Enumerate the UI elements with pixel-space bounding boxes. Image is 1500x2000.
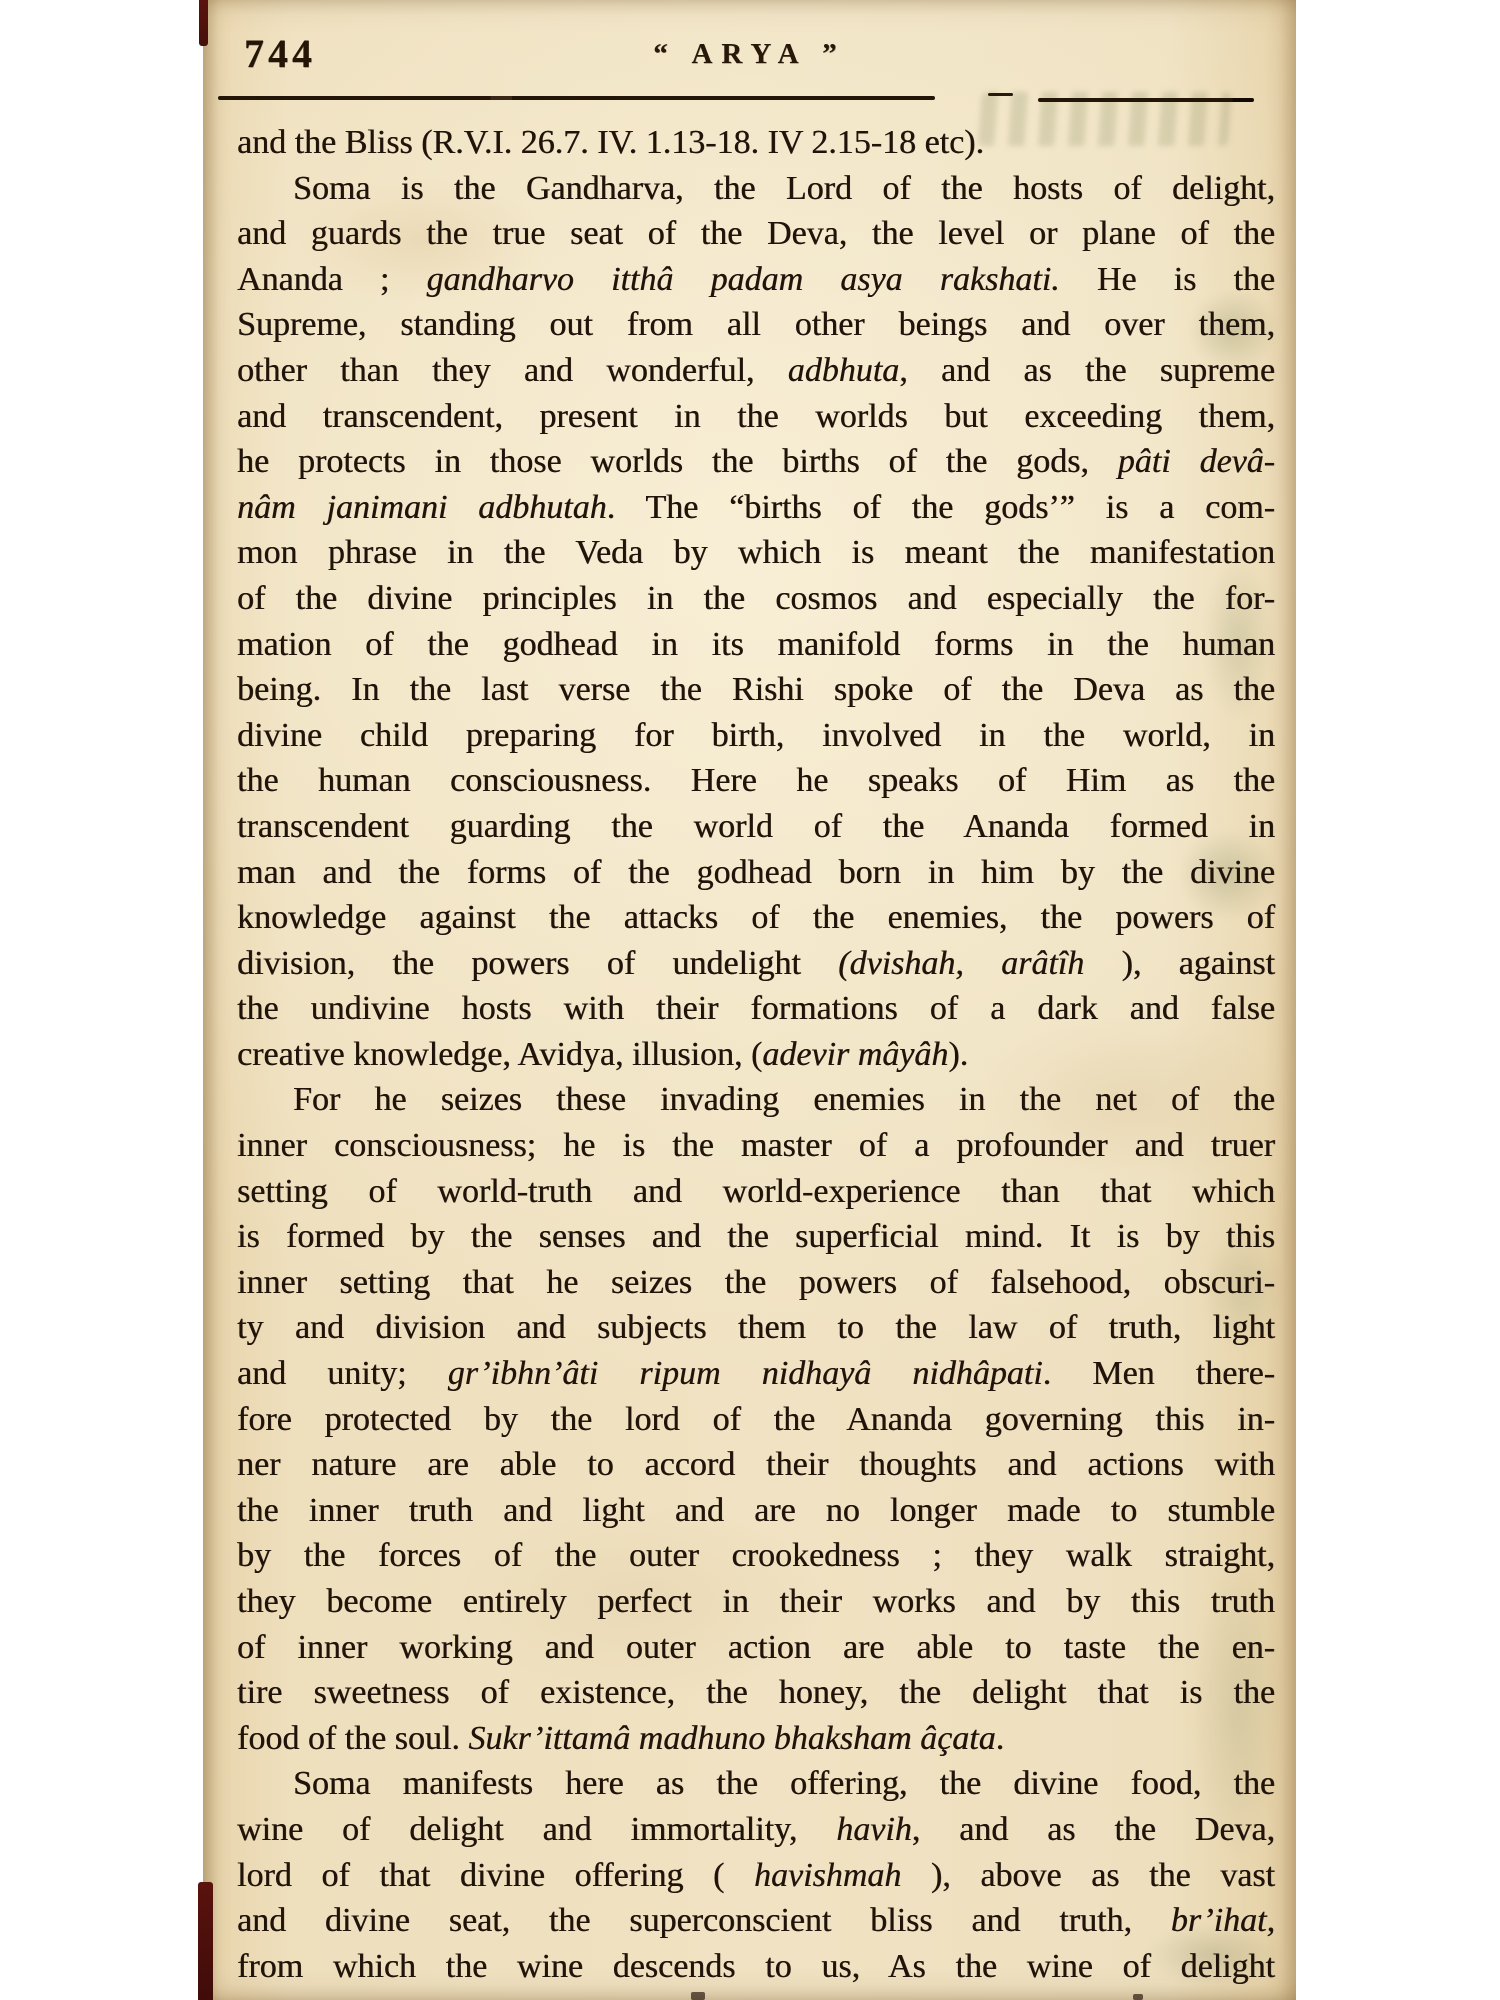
body-text-segment: he protects in those worlds the births o… bbox=[237, 443, 1118, 480]
ink-speck bbox=[691, 1992, 705, 2000]
header-rule-dash bbox=[988, 93, 1013, 96]
text-line: is formed by the senses and the superfic… bbox=[237, 1214, 1275, 1260]
text-line: setting of world-truth and world-experie… bbox=[237, 1169, 1275, 1215]
sanskrit-italic-text: adbhuta bbox=[788, 352, 899, 389]
sanskrit-italic-text: gandharvo itthâ padam asya rakshati. bbox=[427, 261, 1060, 298]
body-text-segment: the inner truth and light and are no lon… bbox=[237, 1492, 1275, 1529]
text-line: the undivine hosts with their formations… bbox=[237, 986, 1275, 1032]
body-text-segment: and divine seat, the superconscient blis… bbox=[237, 1902, 1171, 1939]
body-text-segment: by the forces of the outer crookedness ;… bbox=[237, 1537, 1275, 1574]
text-line: knowledge against the attacks of the ene… bbox=[237, 895, 1275, 941]
text-line: ty and division and subjects them to the… bbox=[237, 1305, 1275, 1351]
text-line: fore protected by the lord of the Ananda… bbox=[237, 1397, 1275, 1443]
binding-mark-bottom-icon bbox=[198, 1882, 213, 2000]
text-line: the human consciousness. Here he speaks … bbox=[237, 758, 1275, 804]
text-line: and transcendent, present in the worlds … bbox=[237, 394, 1275, 440]
text-line: from which the wine descends to us, As t… bbox=[237, 1944, 1275, 1990]
text-line: food of the soul. Sukr’ittamâ madhuno bh… bbox=[237, 1716, 1275, 1762]
body-text-segment: divine child preparing for birth, involv… bbox=[237, 717, 1275, 754]
header-rule bbox=[218, 96, 935, 100]
text-line: and the Bliss (R.V.I. 26.7. IV. 1.13-18.… bbox=[237, 120, 1275, 166]
body-text-segment: creative knowledge, Avidya, illusion, ( bbox=[237, 1036, 762, 1073]
body-text-segment: tire sweetness of existence, the honey, … bbox=[237, 1674, 1275, 1711]
body-text-segment: ), against bbox=[1084, 945, 1275, 982]
text-line: mation of the godhead in its manifold fo… bbox=[237, 622, 1275, 668]
sanskrit-italic-text: havishmah bbox=[754, 1857, 901, 1894]
text-line: Ananda ; gandharvo itthâ padam asya raks… bbox=[237, 257, 1275, 303]
text-line: mon phrase in the Veda by which is meant… bbox=[237, 530, 1275, 576]
text-line: of the divine principles in the cosmos a… bbox=[237, 576, 1275, 622]
body-text-segment: of the divine principles in the cosmos a… bbox=[237, 580, 1275, 617]
sanskrit-italic-text: (dvishah, arâtîh bbox=[838, 945, 1084, 982]
sanskrit-italic-text: br’ihat, bbox=[1171, 1902, 1275, 1939]
body-text-segment: . The “births of the gods’” is a com- bbox=[607, 489, 1275, 526]
body-text-segment: knowledge against the attacks of the ene… bbox=[237, 899, 1275, 936]
text-line: being. In the last verse the Rishi spoke… bbox=[237, 667, 1275, 713]
body-text-segment: transcendent guarding the world of the A… bbox=[237, 808, 1275, 845]
text-line: divine child preparing for birth, involv… bbox=[237, 713, 1275, 759]
text-line: inner consciousness; he is the master of… bbox=[237, 1123, 1275, 1169]
body-text-segment: being. In the last verse the Rishi spoke… bbox=[237, 671, 1275, 708]
body-text-segment: and the Bliss (R.V.I. 26.7. IV. 1.13-18.… bbox=[237, 124, 984, 161]
body-text-segment: mon phrase in the Veda by which is meant… bbox=[237, 534, 1275, 571]
body-text-segment: ner nature are able to accord their thou… bbox=[237, 1446, 1275, 1483]
text-line: man and the forms of the godhead born in… bbox=[237, 850, 1275, 896]
body-text-segment: . bbox=[996, 1720, 1005, 1757]
scan-background: 744 “ ARYA ” and the Bliss (R.V.I. 26.7.… bbox=[0, 0, 1500, 2000]
body-text-segment: ty and division and subjects them to the… bbox=[237, 1309, 1275, 1346]
text-line: transcendent guarding the world of the A… bbox=[237, 804, 1275, 850]
body-text-segment: from which the wine descends to us, As t… bbox=[237, 1948, 1275, 1985]
body-text-segment: Soma manifests here as the offering, the… bbox=[293, 1765, 1275, 1802]
text-line: other than they and wonderful, adbhuta, … bbox=[237, 348, 1275, 394]
text-line: by the forces of the outer crookedness ;… bbox=[237, 1533, 1275, 1579]
body-text-segment: fore protected by the lord of the Ananda… bbox=[237, 1401, 1275, 1438]
sanskrit-italic-text: Sukr’ittamâ madhuno bhaksham âçata bbox=[468, 1720, 995, 1757]
body-text-segment: , and as the Deva, bbox=[912, 1811, 1275, 1848]
text-line: they become entirely perfect in their wo… bbox=[237, 1579, 1275, 1625]
body-text-segment: setting of world-truth and world-experie… bbox=[237, 1173, 1275, 1210]
text-line: Soma is the Gandharva, the Lord of the h… bbox=[237, 166, 1275, 212]
text-line: the inner truth and light and are no lon… bbox=[237, 1488, 1275, 1534]
body-text-segment: . Men there- bbox=[1043, 1355, 1275, 1392]
body-text-segment: ). bbox=[948, 1036, 968, 1073]
text-line: For he seizes these invading enemies in … bbox=[237, 1077, 1275, 1123]
body-text-segment: and unity; bbox=[237, 1355, 448, 1392]
text-line: creative knowledge, Avidya, illusion, (a… bbox=[237, 1032, 1275, 1078]
text-line: of inner working and outer action are ab… bbox=[237, 1625, 1275, 1671]
text-line: and guards the true seat of the Deva, th… bbox=[237, 211, 1275, 257]
body-text: and the Bliss (R.V.I. 26.7. IV. 1.13-18.… bbox=[237, 120, 1275, 1989]
running-title: “ ARYA ” bbox=[203, 38, 1296, 71]
text-line: nâm janimani adbhutah. The “births of th… bbox=[237, 485, 1275, 531]
body-text-segment: man and the forms of the godhead born in… bbox=[237, 854, 1275, 891]
sanskrit-italic-text: havih bbox=[836, 1811, 912, 1848]
body-text-segment: ), above as the vast bbox=[901, 1857, 1275, 1894]
text-line: division, the powers of undelight (dvish… bbox=[237, 941, 1275, 987]
body-text-segment: He is the bbox=[1060, 261, 1275, 298]
text-line: lord of that divine offering ( havishmah… bbox=[237, 1853, 1275, 1899]
text-line: Soma manifests here as the offering, the… bbox=[237, 1761, 1275, 1807]
body-text-segment: Ananda ; bbox=[237, 261, 427, 298]
body-text-segment: other than they and wonderful, bbox=[237, 352, 788, 389]
header-rule-dash bbox=[1038, 98, 1254, 102]
sanskrit-italic-text: nâm janimani adbhutah bbox=[237, 489, 607, 526]
text-line: inner setting that he seizes the powers … bbox=[237, 1260, 1275, 1306]
sanskrit-italic-text: adevir mâyâh bbox=[762, 1036, 948, 1073]
body-text-segment: For he seizes these invading enemies in … bbox=[293, 1081, 1275, 1118]
body-text-segment: inner consciousness; he is the master of… bbox=[237, 1127, 1275, 1164]
body-text-segment: wine of delight and immortality, bbox=[237, 1811, 836, 1848]
sanskrit-italic-text: gr’ibhn’âti ripum nidhayâ nidhâpati bbox=[448, 1355, 1043, 1392]
body-text-segment: Supreme, standing out from all other bei… bbox=[237, 306, 1275, 343]
body-text-segment: lord of that divine offering ( bbox=[237, 1857, 754, 1894]
body-text-segment: the human consciousness. Here he speaks … bbox=[237, 762, 1275, 799]
body-text-segment: mation of the godhead in its manifold fo… bbox=[237, 626, 1275, 663]
text-line: Supreme, standing out from all other bei… bbox=[237, 302, 1275, 348]
ink-speck bbox=[1133, 1994, 1143, 2000]
body-text-segment: they become entirely perfect in their wo… bbox=[237, 1583, 1275, 1620]
body-text-segment: food of the soul. bbox=[237, 1720, 468, 1757]
book-page: 744 “ ARYA ” and the Bliss (R.V.I. 26.7.… bbox=[203, 0, 1296, 2000]
text-line: and divine seat, the superconscient blis… bbox=[237, 1898, 1275, 1944]
body-text-segment: the undivine hosts with their formations… bbox=[237, 990, 1275, 1027]
body-text-segment: Soma is the Gandharva, the Lord of the h… bbox=[293, 170, 1275, 207]
body-text-segment: and transcendent, present in the worlds … bbox=[237, 398, 1275, 435]
sanskrit-italic-text: pâti devâ- bbox=[1118, 443, 1275, 480]
text-line: and unity; gr’ibhn’âti ripum nidhayâ nid… bbox=[237, 1351, 1275, 1397]
body-text-segment: and guards the true seat of the Deva, th… bbox=[237, 215, 1275, 252]
body-text-segment: inner setting that he seizes the powers … bbox=[237, 1264, 1275, 1301]
text-line: wine of delight and immortality, havih, … bbox=[237, 1807, 1275, 1853]
text-line: he protects in those worlds the births o… bbox=[237, 439, 1275, 485]
body-text-segment: of inner working and outer action are ab… bbox=[237, 1629, 1275, 1666]
body-text-segment: division, the powers of undelight bbox=[237, 945, 838, 982]
body-text-segment: is formed by the senses and the superfic… bbox=[237, 1218, 1275, 1255]
text-line: tire sweetness of existence, the honey, … bbox=[237, 1670, 1275, 1716]
text-line: ner nature are able to accord their thou… bbox=[237, 1442, 1275, 1488]
body-text-segment: , and as the supreme bbox=[899, 352, 1275, 389]
